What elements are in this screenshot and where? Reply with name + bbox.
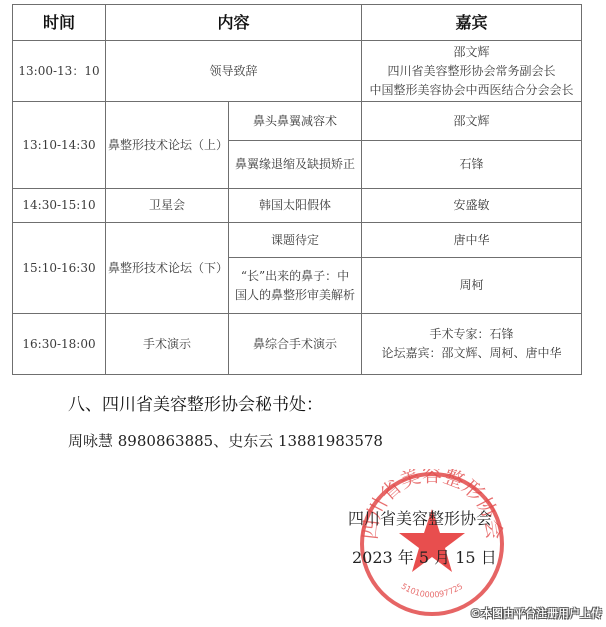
guest-cell: 邵文辉 四川省美容整形协会常务副会长 中国整形美容协会中西医结合分会会长: [362, 41, 582, 102]
svg-text:5101000097725: 5101000097725: [400, 582, 465, 600]
table-row: 15:10-16:30 鼻整形技术论坛（下） 课题待定 唐中华: [13, 223, 582, 258]
header-guest: 嘉宾: [362, 5, 582, 41]
table-row: 14:30-15:10 卫星会 韩国太阳假体 安盛敏: [13, 189, 582, 223]
official-seal-icon: 四川省美容整形协会 5101000097725: [357, 469, 507, 619]
time-cell: 16:30-18:00: [13, 314, 106, 375]
table-row: 13:00-13：10 领导致辞 邵文辉 四川省美容整形协会常务副会长 中国整形…: [13, 41, 582, 102]
content-cell: 领导致辞: [106, 41, 362, 102]
topic-cell: 鼻头鼻翼减容术: [229, 102, 362, 141]
signature-org: 四川省美容整形协会: [348, 506, 492, 529]
session-cell: 卫星会: [106, 189, 229, 223]
table-row: 13:10-14:30 鼻整形技术论坛（上） 鼻头鼻翼减容术 邵文辉: [13, 102, 582, 141]
time-cell: 14:30-15:10: [13, 189, 106, 223]
session-cell: 鼻整形技术论坛（上）: [106, 102, 229, 189]
signature-date: 2023 年 5 月 15 日: [352, 545, 497, 568]
header-time: 时间: [13, 5, 106, 41]
topic-cell: 鼻综合手术演示: [229, 314, 362, 375]
topic-cell: 鼻翼缘退缩及缺损矫正: [229, 141, 362, 189]
guest-cell: 周柯: [362, 258, 582, 314]
session-cell: 手术演示: [106, 314, 229, 375]
topic-cell: 课题待定: [229, 223, 362, 258]
table-row: 16:30-18:00 手术演示 鼻综合手术演示 手术专家：石锋 论坛嘉宾：邵文…: [13, 314, 582, 375]
time-cell: 13:00-13：10: [13, 41, 106, 102]
guest-cell: 手术专家：石锋 论坛嘉宾：邵文辉、周柯、唐中华: [362, 314, 582, 375]
topic-cell: 韩国太阳假体: [229, 189, 362, 223]
session-cell: 鼻整形技术论坛（下）: [106, 223, 229, 314]
topic-cell: “长”出来的鼻子：中 国人的鼻整形审美解析: [229, 258, 362, 314]
header-row: 时间 内容 嘉宾: [13, 5, 582, 41]
time-cell: 15:10-16:30: [13, 223, 106, 314]
guest-cell: 安盛敏: [362, 189, 582, 223]
header-content: 内容: [106, 5, 362, 41]
watermark: ©本图由平台注册用户上传: [470, 605, 602, 621]
time-cell: 13:10-14:30: [13, 102, 106, 189]
guest-cell: 邵文辉: [362, 102, 582, 141]
secretariat-contacts: 周咏慧 8980863885、史东云 13881983578: [68, 430, 383, 451]
schedule-table: 时间 内容 嘉宾 13:00-13：10 领导致辞 邵文辉 四川省美容整形协会常…: [12, 4, 582, 375]
secretariat-title: 八、四川省美容整形协会秘书处：: [68, 390, 323, 415]
guest-cell: 石锋: [362, 141, 582, 189]
guest-cell: 唐中华: [362, 223, 582, 258]
